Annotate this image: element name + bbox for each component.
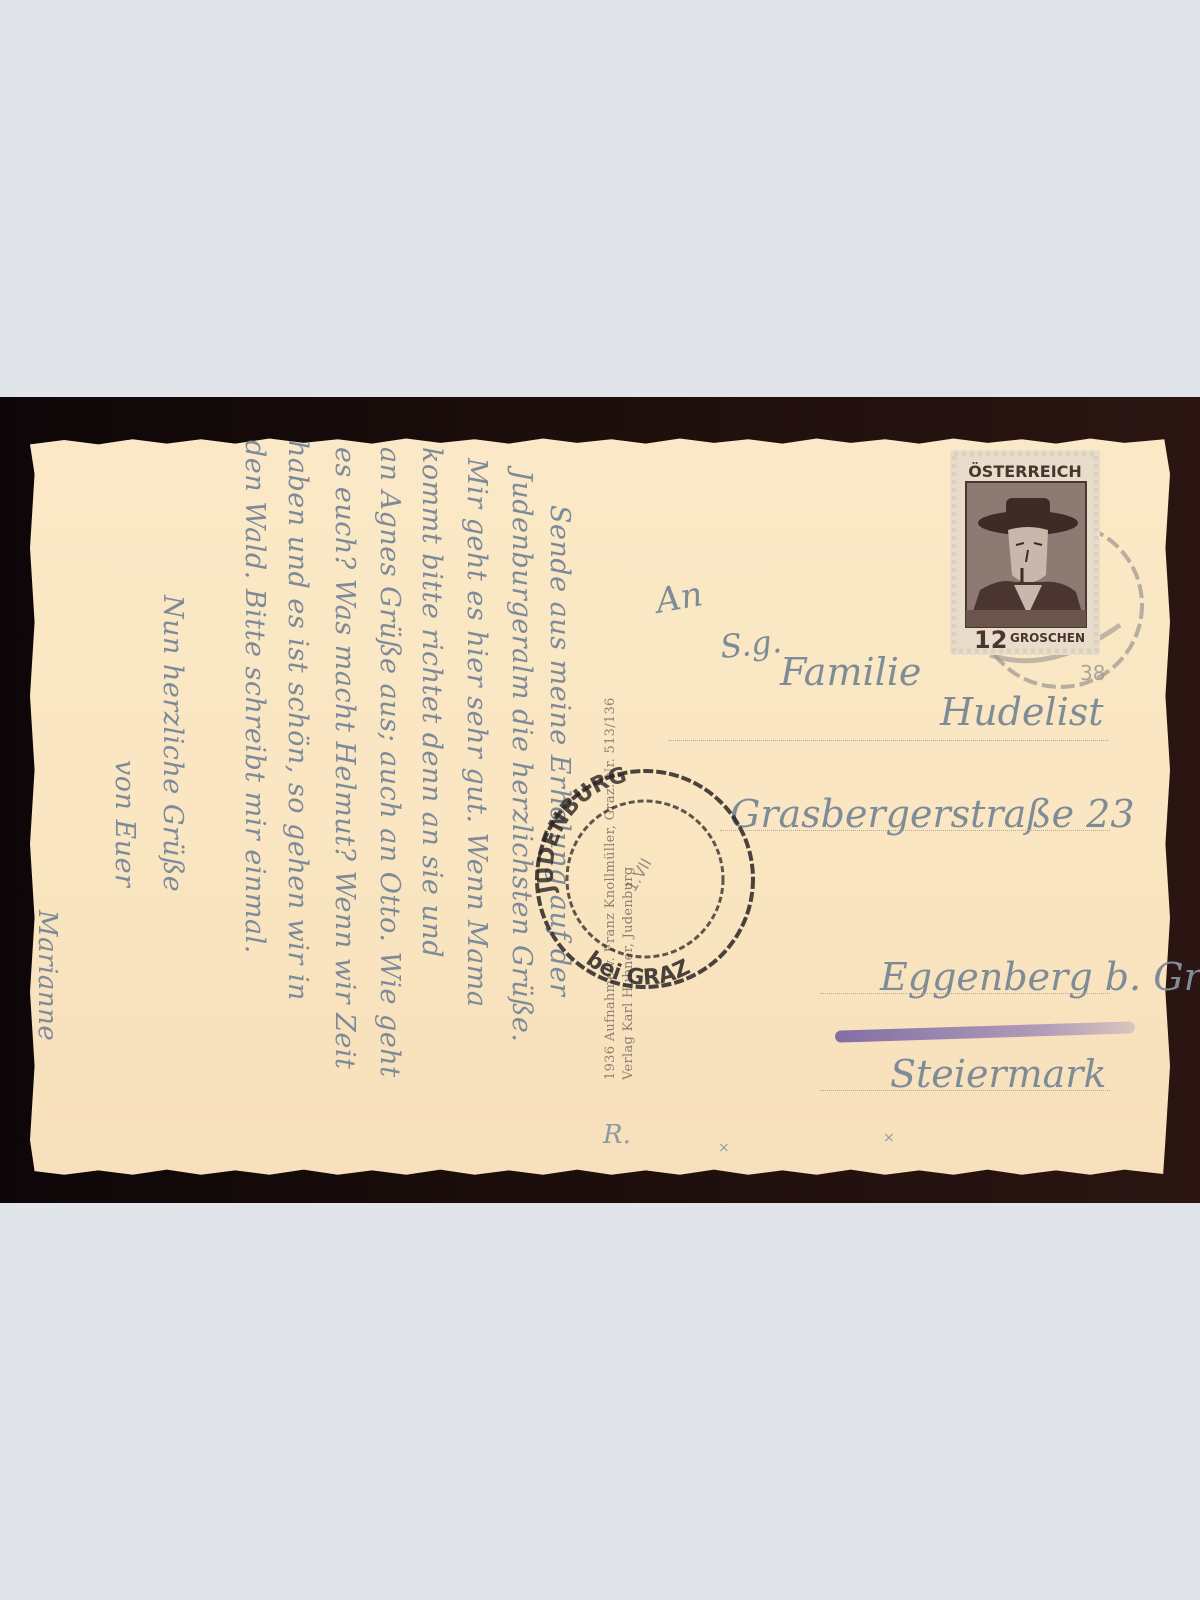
message-line: an Agnes Grüße aus; auch an Otto. Wie ge… [374, 447, 405, 1078]
address-family-label: Familie [780, 650, 921, 694]
address-rule [668, 740, 1108, 741]
address-rule [720, 830, 1110, 831]
postage-stamp: ÖSTERREICH 12 GROSCHEN [950, 450, 1100, 655]
pencil-mark: × [883, 1130, 895, 1146]
signature: Marianne [32, 910, 62, 1041]
message-line: von Euer [109, 760, 140, 887]
svg-text:JUDENBURG: JUDENBURG [534, 763, 630, 898]
message-line: Nun herzliche Grüße [157, 595, 188, 892]
pencil-mark: R. [603, 1120, 631, 1150]
pencil-mark: × [718, 1140, 730, 1156]
message-line: es euch? Was macht Helmut? Wenn wir Zeit [329, 447, 360, 1069]
message-line: kommt bitte richtet denn an sie und [416, 447, 447, 958]
svg-text:GROSCHEN: GROSCHEN [1010, 631, 1085, 645]
svg-text:ÖSTERREICH: ÖSTERREICH [968, 462, 1082, 481]
message-line: Mir geht es hier sehr gut. Wenn Mama [461, 458, 492, 1008]
address-honorific: S.g. [718, 622, 783, 666]
address-rule [820, 1090, 1110, 1091]
svg-text:bei GRAZ: bei GRAZ [581, 947, 694, 991]
svg-text:1.VII: 1.VII [621, 855, 655, 895]
message-line: haben und es ist schön, so gehen wir in [282, 440, 313, 1001]
image-viewer: Sende aus meine Erholung auf der Judenbu… [0, 0, 1200, 1600]
postmark-left: JUDENBURG bei GRAZ 1.VII [525, 762, 765, 997]
address-prefix: An [653, 574, 706, 621]
address-rule [820, 993, 1110, 994]
svg-text:12: 12 [974, 626, 1007, 654]
svg-text:38: 38 [1080, 661, 1105, 685]
message-line: den Wald. Bitte schreibt mir einmal. [239, 440, 270, 954]
